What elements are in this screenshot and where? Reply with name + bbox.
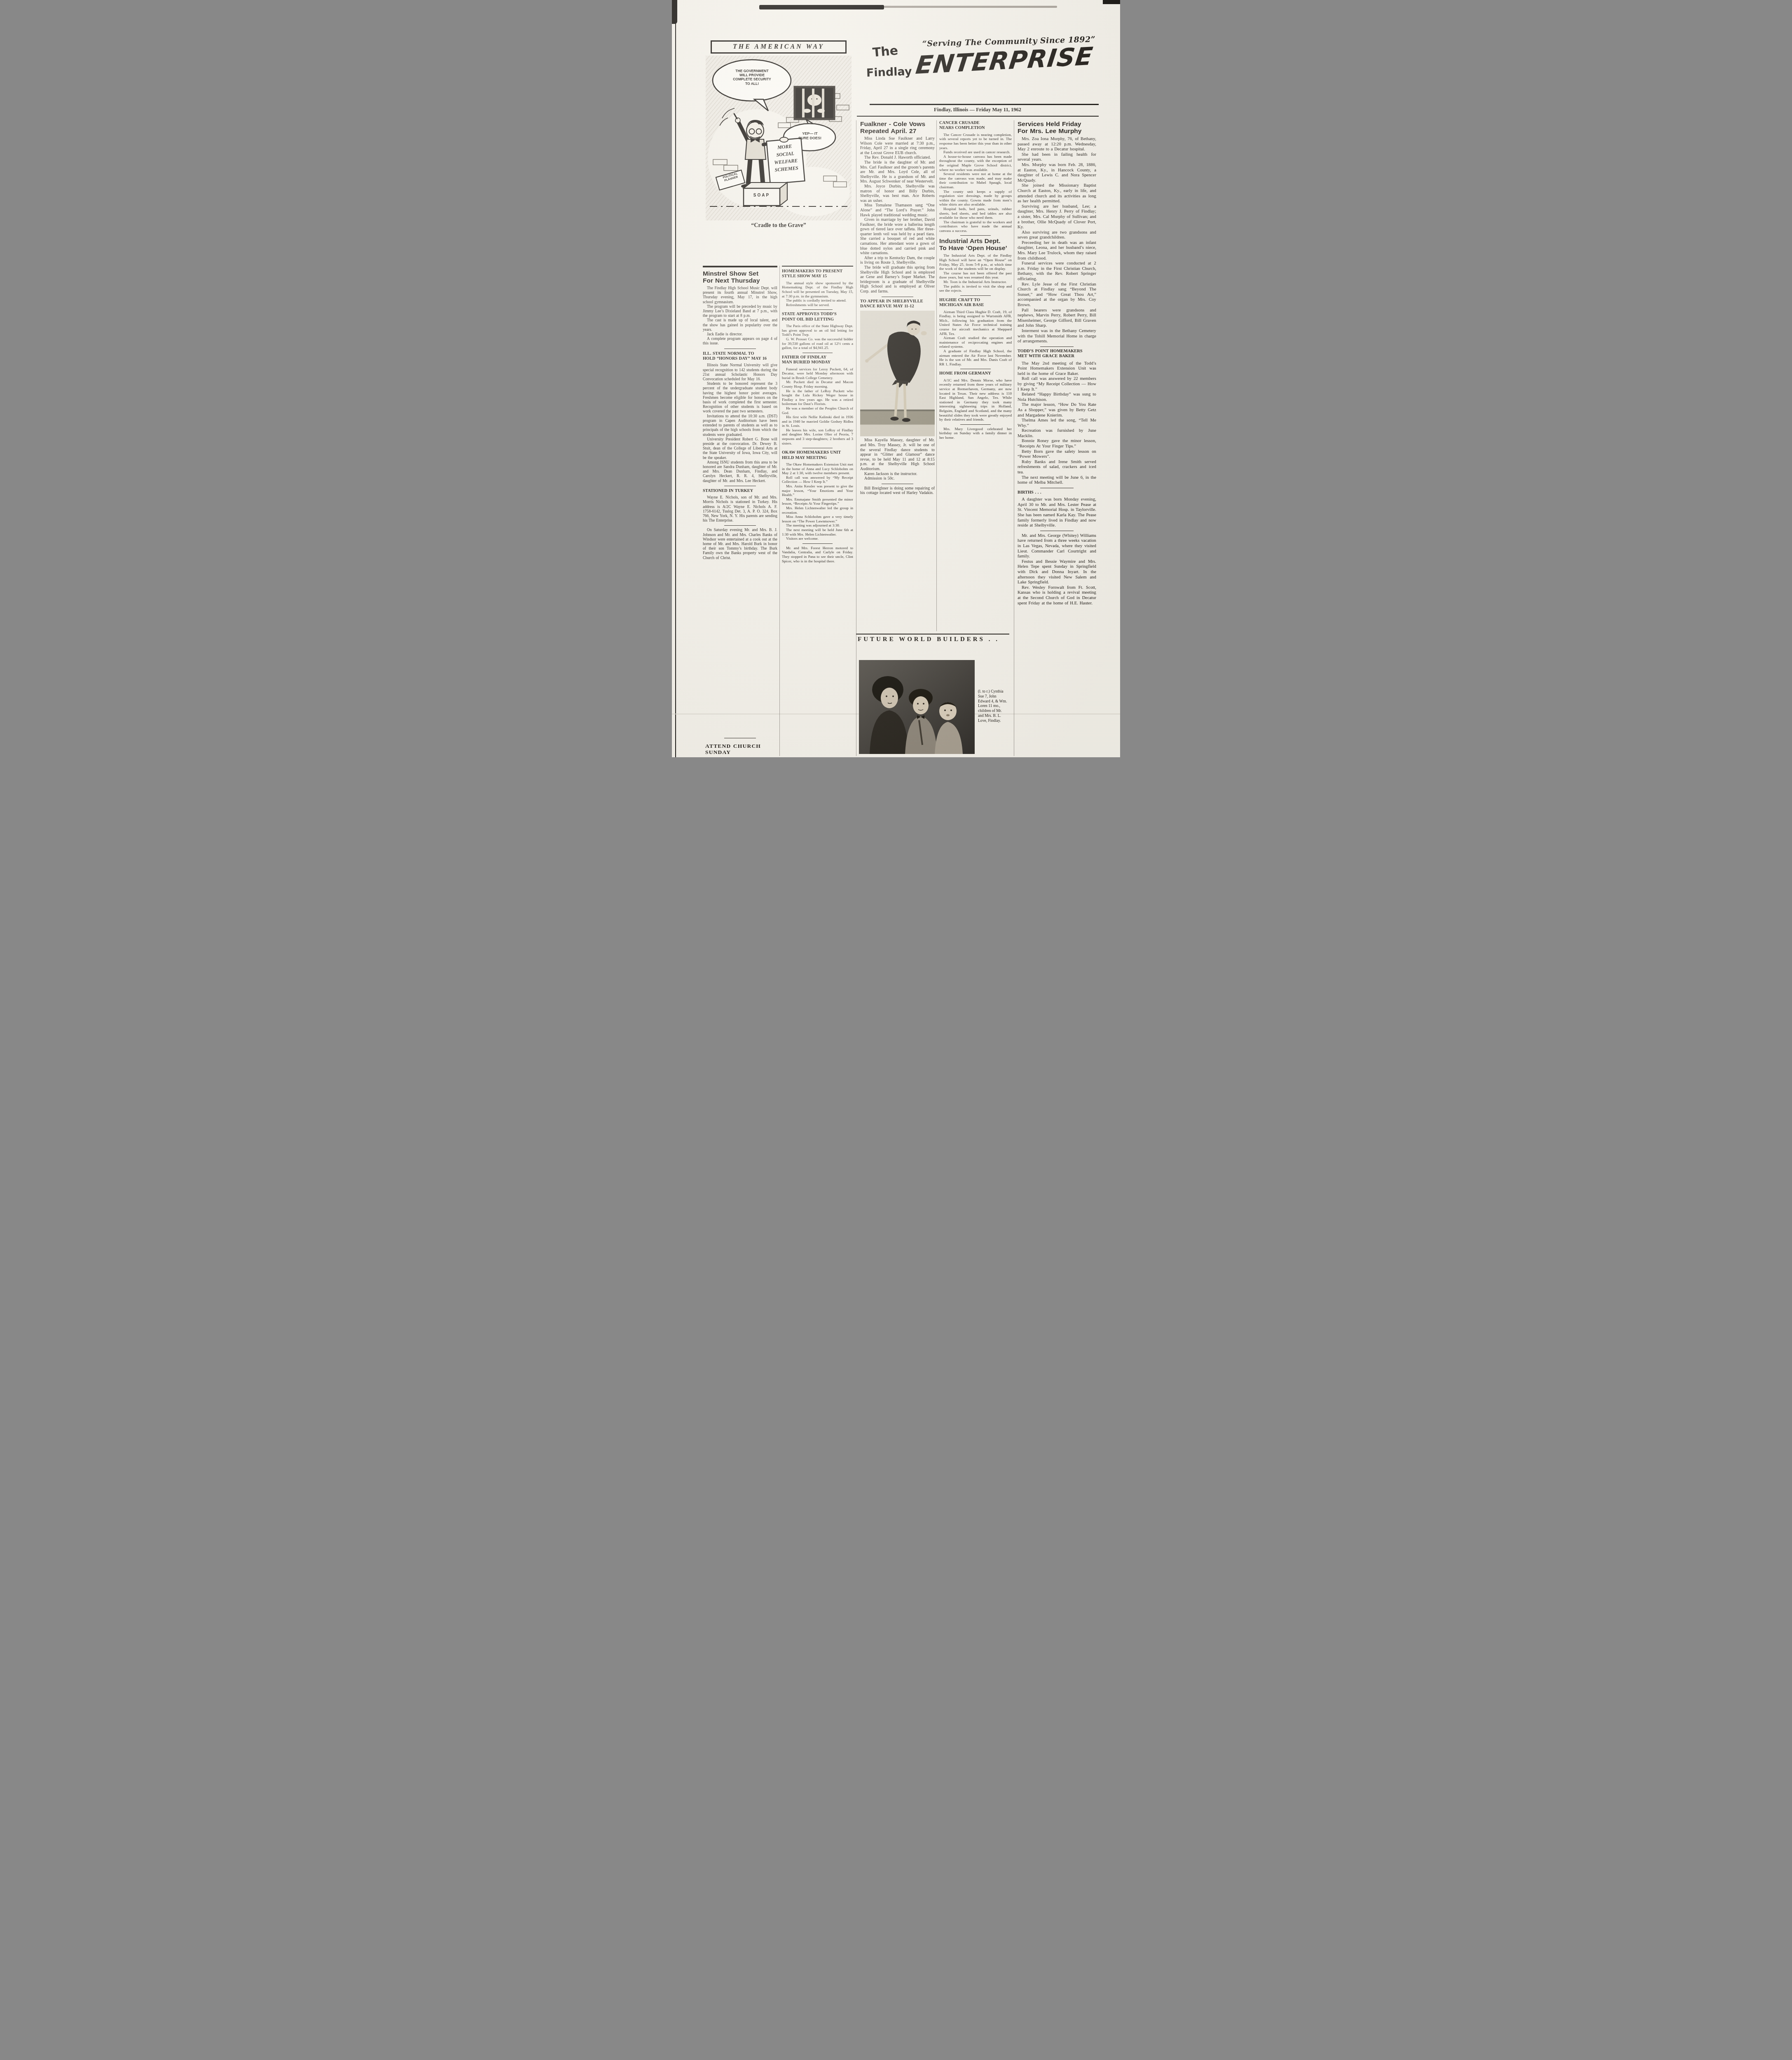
- column-divider: [1014, 120, 1014, 756]
- article-paragraph: Miss Kayella Massey, daughter of Mr. and…: [860, 438, 935, 471]
- news-column-d: CANCER CRUSADE NEARS COMPLETIONThe Cance…: [939, 120, 1012, 631]
- article-paragraph: Invitations to attend the 10:30 a.m. (DS…: [703, 414, 777, 437]
- article-paragraph: The May 2nd meeting of the Todd’s Point …: [1018, 361, 1096, 377]
- article-paragraph: The major lesson, “How Do You Rate As a …: [1018, 402, 1096, 418]
- news-column-c: Fualkner - Cole Vows Repeated April. 27M…: [860, 120, 935, 631]
- article-paragraph: The chairman is grateful to the workers …: [939, 220, 1012, 233]
- article-paragraph: Mrs. Anita Kessler was present to give t…: [782, 484, 853, 497]
- article-paragraph: The Okaw Homemakers Extension Unit met i…: [782, 462, 853, 475]
- article-paragraph: The meeting was adjourned at 3:30.: [782, 523, 853, 528]
- scan-artifact-corner: [672, 0, 677, 24]
- article-separator: [882, 484, 913, 484]
- article-headline: Services Held Friday For Mrs. Lee Murphy: [1018, 121, 1096, 135]
- article-paragraph: Roll call was answered by 22 members by …: [1018, 376, 1096, 392]
- article-paragraph: Mrs. Mary Livergood celebrated her birth…: [939, 427, 1012, 440]
- article-paragraph: Mr. Toon is the Industrial Arts Instruct…: [939, 280, 1012, 284]
- article-headline: OKAW HOMEMAKERS UNIT HELD MAY MEETING: [782, 450, 853, 461]
- article-paragraph: The public is cordially invited to atten…: [782, 298, 853, 303]
- article-paragraph: Mrs. Emmajane Smith presented the minor …: [782, 497, 853, 506]
- cartoon-caption: “Cradle to the Grave”: [706, 222, 852, 229]
- article-separator: [802, 543, 833, 544]
- article-paragraph: Mr. and Mrs. George (Whitey) Williams ha…: [1018, 533, 1096, 559]
- news-column-a: Minstrel Show Set For Next ThursdayThe F…: [703, 266, 777, 756]
- news-column-e: Services Held Friday For Mrs. Lee Murphy…: [1018, 120, 1096, 756]
- article-headline: BIRTHS . . .: [1018, 490, 1096, 495]
- article-paragraph: Refreshments will be served.: [782, 303, 853, 307]
- article-headline: TODD’S POINT HOMEMAKERS MET WITH GRACE B…: [1018, 349, 1096, 359]
- article-paragraph: Also surviving are two grandsons and sev…: [1018, 230, 1096, 240]
- article-paragraph: The cast is made up of local talent, and…: [703, 318, 777, 332]
- article-paragraph: A/1C and Mrs. Dennis Morse, who have rec…: [939, 378, 1012, 422]
- article-headline: HOMEMAKERS TO PRESENT STYLE SHOW MAY 15: [782, 269, 853, 279]
- article-paragraph: Festus and Bessie Waymire and Mrs. Helen…: [1018, 559, 1096, 585]
- column-top-rule: [703, 266, 777, 267]
- article-paragraph: The program will be preceded by music by…: [703, 304, 777, 318]
- article-paragraph: The bride is the daughter of Mr. and Mrs…: [860, 160, 935, 184]
- article-paragraph: The public is invited to visit the shop …: [939, 284, 1012, 293]
- article-separator: [802, 353, 833, 353]
- article-paragraph: Mrs. Helen Lichtenwalter led the group i…: [782, 506, 853, 515]
- article-paragraph: She joined the Missionary Baptist Church…: [1018, 183, 1096, 204]
- article-paragraph: Among ISNU students from this area to be…: [703, 460, 777, 483]
- children-photo: [859, 660, 975, 754]
- masthead-the: The: [872, 43, 899, 60]
- column-divider: [936, 120, 937, 631]
- scan-artifact-left-line: [675, 0, 676, 757]
- article-paragraph: Given in marriage by her brother, David …: [860, 218, 935, 256]
- article-headline: CANCER CRUSADE NEARS COMPLETION: [939, 121, 1012, 131]
- article-paragraph: After a trip to Kentucky Dam, the couple…: [860, 256, 935, 265]
- article-paragraph: Mrs. Murphy was born Feb. 28, 1886, at E…: [1018, 162, 1096, 183]
- article-paragraph: Several residents were not at home at th…: [939, 172, 1012, 189]
- cartoon-bubble-left: THE GOVERNMENT WILL PROVIDE COMPLETE SEC…: [718, 69, 786, 86]
- article-paragraph: Betty Born gave the safety lesson on “Po…: [1018, 449, 1096, 459]
- article-paragraph: The Findlay High School Music Dept. will…: [703, 286, 777, 304]
- article-headline: Minstrel Show Set For Next Thursday: [703, 270, 777, 284]
- article-paragraph: A daughter was born Monday evening, Apri…: [1018, 497, 1096, 528]
- article-headline: Fualkner - Cole Vows Repeated April. 27: [860, 121, 935, 135]
- article-paragraph: Miss Tomalene Thamason sang “One Alone” …: [860, 203, 935, 218]
- feature-top-rule: [856, 634, 1009, 634]
- article-paragraph: Funeral services were conducted at 2 p.m…: [1018, 261, 1096, 281]
- cartoon-title: THE AMERICAN WAY: [711, 40, 847, 54]
- article-separator: [882, 297, 913, 297]
- article-headline: Industrial Arts Dept. To Have ‘Open Hous…: [939, 238, 1012, 252]
- newspaper-page: “Serving The Community Since 1892” The F…: [672, 0, 1120, 757]
- article-headline: FATHER OF FINDLAY MAN BURIED MONDAY: [782, 355, 853, 365]
- dateline-rule: [857, 116, 1099, 117]
- article-paragraph: Karen Jackson is the instructor.: [860, 472, 935, 477]
- dancer-photo-image: [860, 311, 935, 436]
- masthead-rule: [870, 104, 1099, 105]
- article-separator: [724, 486, 756, 486]
- article-paragraph: Mrs. Joyce Durbin, Shelbyville was matro…: [860, 184, 935, 203]
- article-headline: STATIONED IN TURKEY: [703, 489, 777, 494]
- article-paragraph: Bill Breighner is doing some repairing o…: [860, 486, 935, 496]
- future-world-builders-feature: FUTURE WORLD BUILDERS . .: [856, 634, 1009, 756]
- article-paragraph: The Rev. Donald J. Haworth officiated.: [860, 155, 935, 160]
- scan-artifact-top-right: [1103, 0, 1120, 4]
- article-separator: [724, 738, 756, 738]
- article-paragraph: Airman Third Class Hughie D. Craft, 19, …: [939, 310, 1012, 336]
- article-separator: [724, 349, 756, 349]
- cartoon-sign-text: MORE SOCIAL WELFARE SCHEMES: [767, 141, 804, 174]
- article-paragraph: Mrs. Zoa Iona Murphy, 76, of Bethany, pa…: [1018, 136, 1096, 152]
- masthead-title: ENTERPRISE: [905, 44, 1103, 79]
- article-paragraph: He leaves his wife, son LeRoy of Findlay…: [782, 428, 853, 445]
- article-paragraph: Jack Eadie is director.: [703, 332, 777, 337]
- article-paragraph: Funds received are used in cancer resear…: [939, 150, 1012, 154]
- article-paragraph: Belated “Happy Birthday” was sung to Nol…: [1018, 392, 1096, 402]
- article-paragraph: Miss Linda Sue Faulkner and Larry Wilson…: [860, 136, 935, 155]
- article-paragraph: Mr. Puckett died in Decatur and Macon Co…: [782, 380, 853, 389]
- cartoon-bubble-right: YEP— IT SURE DOES!: [787, 131, 833, 140]
- article-separator: [960, 369, 991, 369]
- article-paragraph: The Industrial Arts Dept. of the Findlay…: [939, 253, 1012, 271]
- article-paragraph: The course has not been offered the past…: [939, 271, 1012, 280]
- column-top-rule: [782, 266, 853, 267]
- article-separator: [1040, 346, 1073, 347]
- scan-artifact-top-smear: [884, 6, 1057, 8]
- article-paragraph: A complete program appears on page 4 of …: [703, 337, 777, 346]
- article-paragraph: On Saturday evening Mr. and Mrs. B. J. J…: [703, 528, 777, 560]
- article-separator: [1040, 488, 1073, 488]
- article-paragraph: Funeral services for Leroy Puckett, 64, …: [782, 367, 853, 380]
- article-paragraph: He was a member of the Peoples Church of…: [782, 406, 853, 415]
- news-column-b: HOMEMAKERS TO PRESENT STYLE SHOW MAY 15T…: [782, 266, 853, 756]
- article-headline: HOME FROM GERMANY: [939, 371, 1012, 376]
- article-paragraph: Rev. Lyle Jesse of the First Christian C…: [1018, 282, 1096, 308]
- article-paragraph: Airman Craft studied the operation and m…: [939, 336, 1012, 349]
- article-headline: ILL. STATE NORMAL TO HOLD “HONORS DAY” M…: [703, 351, 777, 362]
- article-headline: HUGHIE CRAFT TO MICHIGAN AIR BASE: [939, 298, 1012, 308]
- article-headline: ATTEND CHURCH SUNDAY: [705, 743, 777, 755]
- article-paragraph: Bonnie Roney gave the minor lesson, “Rec…: [1018, 438, 1096, 449]
- article-paragraph: Preceeding her in death was an infant da…: [1018, 240, 1096, 261]
- article-paragraph: The Cancer Crusade is nearing completion…: [939, 133, 1012, 150]
- article-separator: [802, 309, 833, 310]
- article-paragraph: Roll call was answered by “My Receipt Co…: [782, 475, 853, 484]
- article-paragraph: The bride will graduate this spring from…: [860, 265, 935, 294]
- article-separator: [960, 424, 991, 425]
- scan-artifact-top-strip: [759, 5, 884, 9]
- article-paragraph: The county unit keeps a supply of regula…: [939, 190, 1012, 207]
- article-paragraph: Rev. Wesley Fornwalt from Ft. Scott, Kan…: [1018, 585, 1096, 606]
- article-paragraph: The Paris office of the State Highway De…: [782, 324, 853, 337]
- article-paragraph: University President Robert G. Bone will…: [703, 437, 777, 460]
- article-paragraph: Students to be honored represent the 3 p…: [703, 382, 777, 414]
- article-separator: [802, 448, 833, 448]
- children-photo-image: [859, 660, 975, 754]
- article-paragraph: A house-to-house canvass has been made t…: [939, 154, 1012, 172]
- article-headline: STATE APPROVES TODD’S POINT OIL BID LETT…: [782, 312, 853, 322]
- article-paragraph: Ruby Banks and Irene Smith served refres…: [1018, 459, 1096, 475]
- children-photo-caption: (l. to r.) Cynthia Sue 7, John Edward 4,…: [978, 689, 1008, 723]
- article-paragraph: The next meeting will be June 6, in the …: [1018, 475, 1096, 485]
- cartoon-artwork: THE GOVERNMENT WILL PROVIDE COMPLETE SEC…: [706, 56, 852, 220]
- editorial-cartoon: THE AMERICAN WAY: [706, 40, 852, 229]
- column-divider: [779, 266, 780, 756]
- article-paragraph: G. W. Prosser Co. was the successful bid…: [782, 337, 853, 350]
- cartoon-box-label: SOAP: [744, 193, 779, 198]
- article-headline: TO APPEAR IN SHELBYVILLE DANCE REVUE MAY…: [860, 299, 935, 309]
- article-paragraph: He is the father of LeRoy Puckett who bo…: [782, 389, 853, 406]
- article-paragraph: Illinois State Normal University will gi…: [703, 363, 777, 382]
- article-separator: [960, 295, 991, 296]
- article-paragraph: Miss Anna Schlobohm gave a very timely l…: [782, 515, 853, 523]
- article-paragraph: Recreation was furnished by June Macklin…: [1018, 428, 1096, 438]
- article-paragraph: Mr. and Mrs. Forest Herron motored to Va…: [782, 546, 853, 563]
- article-paragraph: She had been in failing health for sever…: [1018, 152, 1096, 162]
- article-paragraph: Admission is 50c.: [860, 476, 935, 481]
- article-paragraph: Surviving are her husband, Lee; a daught…: [1018, 204, 1096, 230]
- dancer-photo: [860, 311, 935, 436]
- dateline: Findlay, Illinois — Friday May 11, 1962: [857, 107, 1098, 113]
- feature-headline: FUTURE WORLD BUILDERS . .: [858, 636, 1009, 643]
- article-separator: [1040, 531, 1073, 531]
- article-paragraph: Wayne E. Nichols, son of Mr. and Mrs. Mo…: [703, 495, 777, 523]
- article-paragraph: Hospital beds, bed pans, urinals, rubber…: [939, 207, 1012, 220]
- article-paragraph: Pall bearers were grandsons and nephews,…: [1018, 308, 1096, 328]
- article-paragraph: Thelma Ames led the song, “Tell Me Why.”: [1018, 418, 1096, 428]
- article-paragraph: Visitors are welcome.: [782, 536, 853, 541]
- article-separator: [960, 235, 991, 236]
- article-separator: [724, 525, 756, 526]
- article-paragraph: The next meeting will be held June 6th a…: [782, 528, 853, 536]
- article-paragraph: A graduate of Findlay High School, the a…: [939, 349, 1012, 366]
- article-paragraph: Interment was in the Bethany Cemetery wi…: [1018, 328, 1096, 344]
- article-paragraph: The annual style show sponsored by the H…: [782, 281, 853, 298]
- article-paragraph: His first wife Nellie Kalinski died in 1…: [782, 415, 853, 428]
